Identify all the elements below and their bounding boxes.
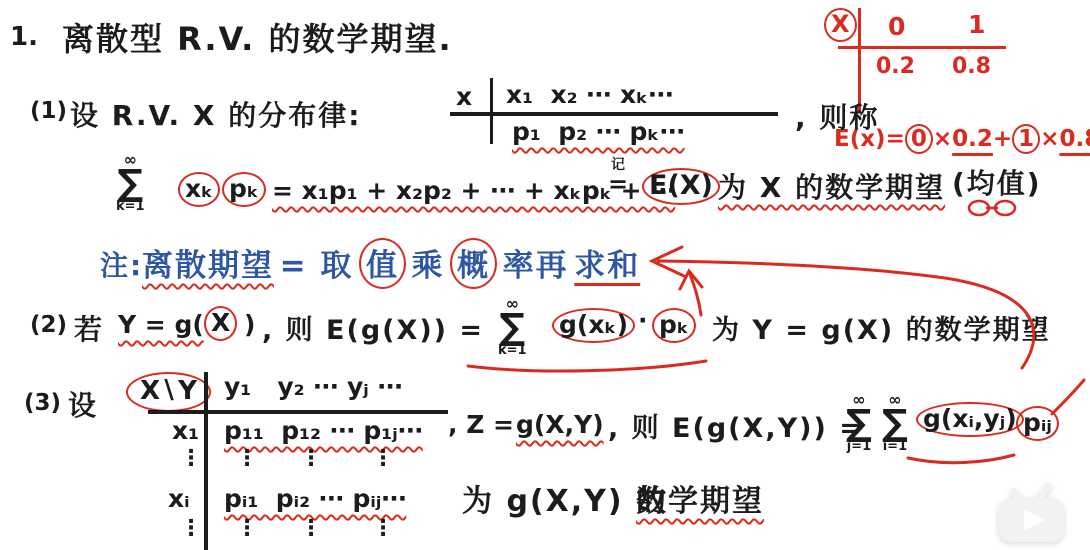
sigma-lower-limit: k=1 [116, 201, 145, 213]
dist-table-vline [490, 78, 493, 144]
vdots: ⋮ [300, 520, 322, 538]
sigma-lower-limit: i=1 [883, 441, 907, 453]
vdots: ⋮ [236, 450, 258, 468]
item-1-outro: , 则称 [795, 96, 879, 136]
item-3-gxy-def: g(X,Y) [516, 410, 604, 439]
note-text: 离散期望 = 取 值 乘 概 率再 求和 [142, 238, 640, 289]
example-underlined-02: 0.2 [952, 126, 993, 152]
expectation-ex-circled: E(X) [642, 168, 720, 205]
example-value-0: 0 [888, 12, 905, 41]
sigma-icon: ∑ [117, 167, 143, 201]
item-3-z-equals: , Z = [448, 410, 514, 439]
item-3-pij-circled: pᵢⱼ [1016, 406, 1059, 441]
sigma-icon: ∑ [499, 311, 525, 345]
item-2-then: , 则 E(g(X)) = [262, 308, 484, 347]
line3-pij-stroke [1052, 380, 1084, 414]
example-prob-08: 0.8 [952, 54, 991, 79]
item-2-sigma: ∞ ∑ k=1 [498, 296, 527, 358]
vdots: ⋮ [372, 450, 394, 468]
note-multiply: 乘 [412, 248, 445, 284]
sum-outro-mean: (均值) [952, 162, 1042, 202]
note-discrete-expectation: 离散期望 [142, 248, 274, 284]
vdots: ⋮ [180, 520, 202, 538]
item-2-if: 若 [74, 308, 104, 348]
video-play-watermark-icon [990, 476, 1072, 546]
joint-table-header-row: y₁ y₂ ⋯ yⱼ ⋯ [224, 372, 403, 401]
joint-table-xy-circled: X∖Y [126, 372, 211, 412]
example-underlined-08: 0.8 [1059, 126, 1090, 152]
example-plus: + [993, 126, 1012, 152]
example-times-2: × [1040, 126, 1059, 152]
up-arrow-head [680, 271, 702, 289]
item-2-number: (2) [30, 312, 67, 338]
sum-pk-circled: pₖ [222, 172, 266, 207]
item-2-pk-circled: pₖ [652, 308, 696, 343]
item-3-gxy-circled: g(xᵢ,yⱼ) [916, 402, 1024, 437]
denote-eq: = [608, 172, 628, 196]
item-1-intro: 设 R.V. X 的分布律: [70, 94, 361, 134]
note-rate-again: 率再 [503, 248, 569, 284]
joint-table-row2: pᵢ₁ pᵢ₂ ⋯ pᵢⱼ⋯ [224, 484, 406, 513]
long-left-arrow-head [652, 247, 684, 276]
item-3-sigma-i: ∞ ∑ i=1 [882, 392, 908, 454]
vdots: ⋮ [180, 450, 202, 468]
vdots: ⋮ [236, 520, 258, 538]
item-3-sigma-j: ∞ ∑ j=1 [846, 392, 872, 454]
dist-table-x: x [456, 82, 472, 111]
item-3-number: (3) [24, 390, 61, 416]
joint-table-hline [148, 410, 448, 414]
example-circled-1: 1 [1012, 124, 1040, 154]
line2-formula-underline [468, 361, 706, 371]
item-2-dot: · [638, 306, 648, 335]
sum-outro-main: 为 X 的数学期望 [718, 166, 945, 206]
joint-table-row1: p₁₁ p₁₂ ⋯ p₁ⱼ⋯ [224, 416, 423, 445]
dist-table-hline [450, 112, 778, 116]
example-x-circled: X [824, 8, 857, 42]
example-times-1: × [933, 126, 952, 152]
example-value-1: 1 [968, 10, 985, 39]
joint-dist-table: X∖Y y₁ y₂ ⋯ yⱼ ⋯ x₁ p₁₁ p₁₂ ⋯ p₁ⱼ⋯ ⋮ ⋮ ⋮… [120, 368, 450, 550]
sum-sigma: ∞ ∑ k=1 [116, 152, 145, 214]
joint-table-x1: x₁ [172, 416, 199, 445]
note-value-circled: 值 [359, 238, 406, 289]
title-number: 1. [10, 22, 38, 52]
vdots: ⋮ [300, 450, 322, 468]
item-2-gxk-circled: g(xₖ) [552, 308, 635, 343]
example-circled-0: 0 [905, 124, 933, 154]
note-label: 注: [100, 244, 143, 284]
note-probability-circled: 概 [450, 238, 497, 289]
up-arrow [690, 274, 701, 315]
page-title: 离散型 R.V. 的数学期望. [62, 14, 453, 60]
sum-xk-circled: xₖ [178, 172, 220, 207]
item-3-outro-expectation: 数学期望 [636, 476, 764, 520]
item-2-outro: 为 Y = g(X) 的数学期望 [712, 308, 1051, 347]
handwritten-note-page: 1. 离散型 R.V. 的数学期望. X 0 1 0.2 0.8 E(x)=0×… [0, 0, 1090, 550]
note-equals-take: = 取 [280, 248, 354, 284]
sigma-icon: ∑ [882, 407, 908, 441]
joint-table-vline [204, 372, 208, 550]
sigma-lower-limit: k=1 [498, 345, 527, 357]
dist-table-values-row: x₁ x₂ ⋯ xₖ⋯ [506, 80, 673, 109]
sigma-icon: ∑ [846, 407, 872, 441]
item-3-then: , 则 E(g(X,Y)) = [608, 406, 864, 445]
example-prob-02: 0.2 [876, 54, 915, 79]
item-2-x-circled: X [204, 306, 237, 341]
item-3-set: 设 [68, 384, 98, 424]
example-table-hline [838, 46, 1006, 49]
sigma-lower-limit: j=1 [847, 441, 871, 453]
note-sum-up: 求和 [574, 248, 640, 284]
vdots: ⋮ [372, 520, 394, 538]
item-1-number: (1) [30, 98, 67, 124]
item-2-close-paren: ) [244, 310, 255, 339]
item-2-y-equals-g: Y = g( [118, 310, 204, 339]
line3-formula-underline [908, 455, 1014, 463]
joint-table-xi: xᵢ [168, 484, 190, 513]
dist-table-probs-row: p₁ p₂ ⋯ pₖ⋯ [512, 117, 685, 146]
denote-symbol: 记 = [608, 158, 628, 196]
